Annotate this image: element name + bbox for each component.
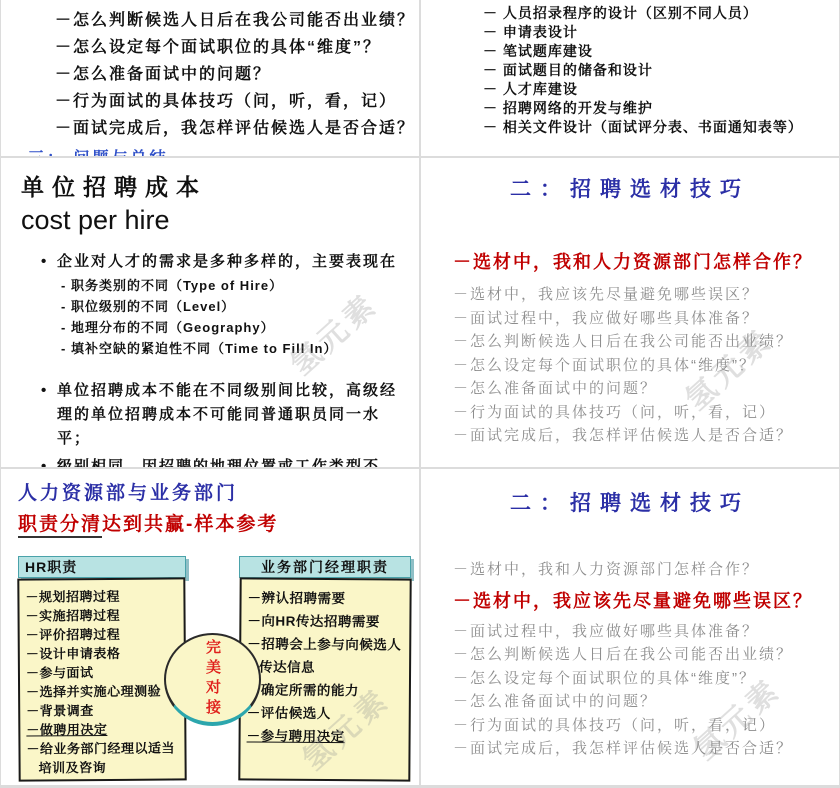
list-item: －给业务部门经理以适当培训及咨询 — [26, 738, 179, 777]
slide-thumbnail-1: －怎么判断候选人日后在我公司能否出业绩？ －怎么设定每个面试职位的具体“维度”？… — [1, 0, 419, 156]
slide3-sub-item: - 地理分布的不同（Geography） — [61, 319, 419, 336]
list-item: －怎么设定每个面试职位的具体“维度”？ — [453, 667, 839, 691]
slide3-sub-item: - 职务类别的不同（Type of Hire） — [61, 277, 419, 294]
manager-duties-box: －辨认招聘需要 －向HR传达招聘需要 －招聘会上参与向候选人传达信息 －确定所需… — [238, 577, 411, 781]
list-item: －辨认招聘需要 — [247, 586, 404, 610]
slide-thumbnail-5: 人力资源部与业务部门 职责分清达到共赢-样本参考 HR职责 业务部门经理职责 －… — [1, 469, 419, 785]
list-item: －选材中，我应该先尽量避免哪些误区？ — [453, 283, 839, 307]
list-item-underlined: －参与聘用决定 — [247, 724, 404, 748]
slide6-highlight-question: －选材中，我应该先尽量避免哪些误区？ — [453, 587, 839, 613]
list-item: －面试过程中，我应做好哪些具体准备？ — [453, 620, 839, 644]
slide3-sub-item: - 填补空缺的紧迫性不同（Time to Fill In） — [61, 340, 419, 357]
list-item: －行为面试的具体技巧（问，听，看，记） — [453, 714, 839, 738]
slide1-question-list: －怎么判断候选人日后在我公司能否出业绩？ －怎么设定每个面试职位的具体“维度”？… — [1, 0, 419, 142]
list-item: － 申请表设计 — [483, 23, 839, 42]
list-item: －怎么准备面试中的问题？ — [453, 690, 839, 714]
slide-thumbnail-3: 单位招聘成本 cost per hire 企业对人才的需求是多种多样的，主要表现… — [1, 158, 419, 467]
slide2-task-list: － 人员招录程序的设计（区别不同人员） － 申请表设计 － 笔试题库建设 － 面… — [421, 0, 839, 137]
slide-thumbnail-2: － 人员招录程序的设计（区别不同人员） － 申请表设计 － 笔试题库建设 － 面… — [421, 0, 839, 156]
slide5-title-line1: 人力资源部与业务部门 — [18, 478, 419, 505]
slide3-sub-item: - 职位级别的不同（Level） — [61, 298, 419, 315]
hr-duties-header: HR职责 — [18, 556, 186, 578]
slide5-title-underlined: 职责分清 — [18, 514, 102, 538]
list-item: －选材中，我和人力资源部门怎样合作？ — [453, 558, 839, 582]
list-item: －面试完成后，我怎样评估候选人是否合适？ — [453, 737, 839, 761]
list-item: －参与面试 — [26, 662, 179, 682]
slide5-title-rest: 达到共赢-样本参考 — [102, 514, 278, 535]
list-item: － 相关文件设计（面试评分表、书面通知表等） — [483, 118, 839, 137]
list-item: － 招聘网络的开发与维护 — [483, 99, 839, 118]
connector-label: 完美对接 — [202, 639, 223, 719]
slide4-title: 二：招聘选材技巧 — [421, 158, 839, 203]
list-item: －面试过程中，我应做好哪些具体准备？ — [453, 307, 839, 331]
list-item: －怎么判断候选人日后在我公司能否出业绩？ — [55, 7, 419, 34]
slide-thumbnail-4: 二：招聘选材技巧 －选材中，我和人力资源部门怎样合作？ －选材中，我应该先尽量避… — [421, 158, 839, 467]
list-item: －怎么设定每个面试职位的具体“维度”？ — [453, 354, 839, 378]
hr-duties-box: －规划招聘过程 －实施招聘过程 －评价招聘过程 －设计申请表格 －参与面试 －选… — [17, 577, 186, 781]
list-item: －行为面试的具体技巧（问，听，看，记） — [453, 401, 839, 425]
list-item: －怎么判断候选人日后在我公司能否出业绩？ — [453, 330, 839, 354]
list-item: －实施招聘过程 — [25, 605, 178, 625]
manager-duties-header: 业务部门经理职责 — [239, 556, 411, 578]
list-item-underlined: －做聘用决定 — [26, 719, 179, 739]
slide3-title-en: cost per hire — [21, 205, 419, 236]
slide3-bullet-3: 级别相同，因招聘的地理位置或工作类型不同，人力资源供求状况不同，其成本也自然不等… — [39, 455, 407, 467]
list-item: －设计申请表格 — [26, 643, 179, 663]
list-item: －怎么判断候选人日后在我公司能否出业绩？ — [453, 643, 839, 667]
list-item: －背景调查 — [26, 700, 179, 720]
slide4-question-list: －选材中，我应该先尽量避免哪些误区？ －面试过程中，我应做好哪些具体准备？ －怎… — [421, 283, 839, 448]
slide6-title: 二：招聘选材技巧 — [421, 469, 839, 517]
list-item: －行为面试的具体技巧（问，听，看，记） — [55, 88, 419, 115]
list-item: －面试完成后，我怎样评估候选人是否合适？ — [453, 424, 839, 448]
list-item: －评价招聘过程 — [26, 624, 179, 644]
list-item: －规划招聘过程 — [25, 586, 178, 606]
list-item: －评估候选人 — [247, 701, 404, 725]
slide5-title-line2: 职责分清达到共赢-样本参考 — [18, 509, 419, 536]
list-item: －招聘会上参与向候选人传达信息 — [247, 632, 404, 679]
list-item: － 笔试题库建设 — [483, 42, 839, 61]
slide-thumbnail-6: 二：招聘选材技巧 －选材中，我和人力资源部门怎样合作？ －选材中，我应该先尽量避… — [421, 469, 839, 785]
list-item: －面试完成后，我怎样评估候选人是否合适？ — [55, 115, 419, 142]
slide4-highlight-question: －选材中，我和人力资源部门怎样合作？ — [453, 248, 839, 274]
slide3-bullet-1: 企业对人才的需求是多种多样的，主要表现在 — [39, 251, 399, 273]
list-item: －怎么准备面试中的问题？ — [55, 61, 419, 88]
list-item: －怎么设定每个面试职位的具体“维度”？ — [55, 34, 419, 61]
slide3-title-zh: 单位招聘成本 — [21, 169, 419, 202]
list-item: －怎么准备面试中的问题？ — [453, 377, 839, 401]
perfect-connection-ellipse: 完美对接 — [164, 633, 261, 726]
list-item: －向HR传达招聘需要 — [247, 609, 404, 633]
list-item: － 面试题目的储备和设计 — [483, 61, 839, 80]
list-item: －选择并实施心理测验 — [26, 681, 179, 701]
list-item: －确定所需的能力 — [247, 678, 404, 702]
slide6-question-list: －面试过程中，我应做好哪些具体准备？ －怎么判断候选人日后在我公司能否出业绩？ … — [421, 620, 839, 761]
list-item: － 人员招录程序的设计（区别不同人员） — [483, 4, 839, 23]
slide1-section-heading: 三： 问题与总结 — [28, 145, 419, 156]
slide-preview-grid: －怎么判断候选人日后在我公司能否出业绩？ －怎么设定每个面试职位的具体“维度”？… — [0, 0, 840, 788]
slide3-bullet-2: 单位招聘成本不能在不同级别间比较，高级经理的单位招聘成本不可能同普通职员同一水平… — [39, 379, 407, 451]
list-item: － 人才库建设 — [483, 80, 839, 99]
